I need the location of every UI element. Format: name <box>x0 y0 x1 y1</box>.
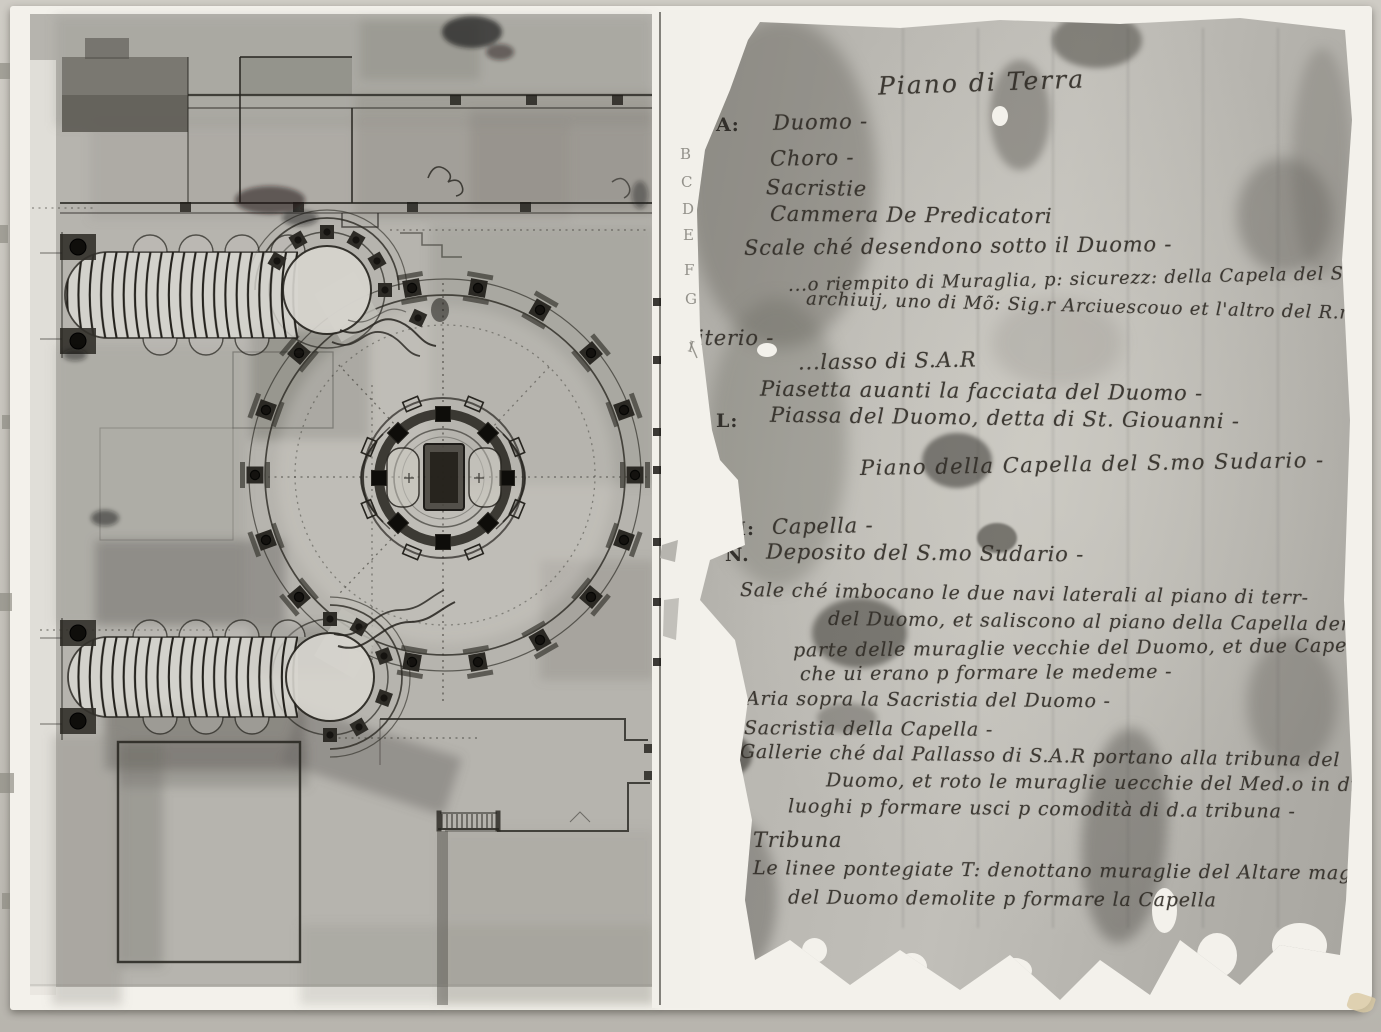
legend-line: Sacristia della Capella - <box>744 717 993 741</box>
page-title: Piano di Terra <box>878 64 1086 100</box>
legend-line: che ui erano p formare le medeme - <box>800 661 1172 686</box>
staircase-lower <box>40 618 305 740</box>
legend-line: Tribuna <box>753 828 842 852</box>
legend-line: Gallerie ché dal Pallasso di S.A.R porta… <box>740 741 1341 771</box>
legend-line: Deposito del S.mo Sudario - <box>766 540 1084 567</box>
legend-line: Le linee pontegiate T: denottano muragli… <box>753 857 1381 885</box>
legend-line: iterio - <box>697 326 774 350</box>
legend-line: Cammera De Predicatori <box>770 202 1053 228</box>
legend-line: Sacristie <box>766 175 867 201</box>
legend-line: Scale ché desendono sotto il Duomo - <box>744 232 1172 260</box>
stain <box>1292 48 1352 278</box>
legend-line: ...lasso di S.A.R <box>798 347 977 374</box>
legend-line: luoghi p formare usci p comodità di d.a … <box>788 795 1296 822</box>
legend-line: Duomo, et roto le muraglie uecchie del M… <box>826 769 1381 796</box>
scan-edge-marks <box>0 63 14 909</box>
legend-line: Choro - <box>770 145 855 170</box>
legend-letter-L: L: <box>716 410 738 432</box>
tear-hole <box>992 106 1008 126</box>
legend-line: Piasetta auanti la facciata del Duomo - <box>760 377 1203 406</box>
legend-line: del Duomo, et saliscono al piano della C… <box>828 608 1381 636</box>
legend-line: del Duomo demolite p formare la Capella <box>788 887 1217 912</box>
legend-line: Sale ché imbocano le due navi laterali a… <box>740 579 1309 609</box>
archival-photograph: { "palette": { "photo_paper": "#f3f1eb",… <box>0 0 1381 1032</box>
legend-letter-A: A: <box>716 114 740 136</box>
legend-line: Capella - <box>772 513 874 539</box>
architectural-plan-photo <box>0 0 700 1032</box>
manuscript-paper: Piano di Terra Piano della Capella del S… <box>652 8 1364 1008</box>
legend-line: Aria sopra la Sacristia del Duomo - <box>746 688 1111 713</box>
divider-strip <box>652 10 700 1008</box>
legend-line: Duomo - <box>773 109 868 135</box>
